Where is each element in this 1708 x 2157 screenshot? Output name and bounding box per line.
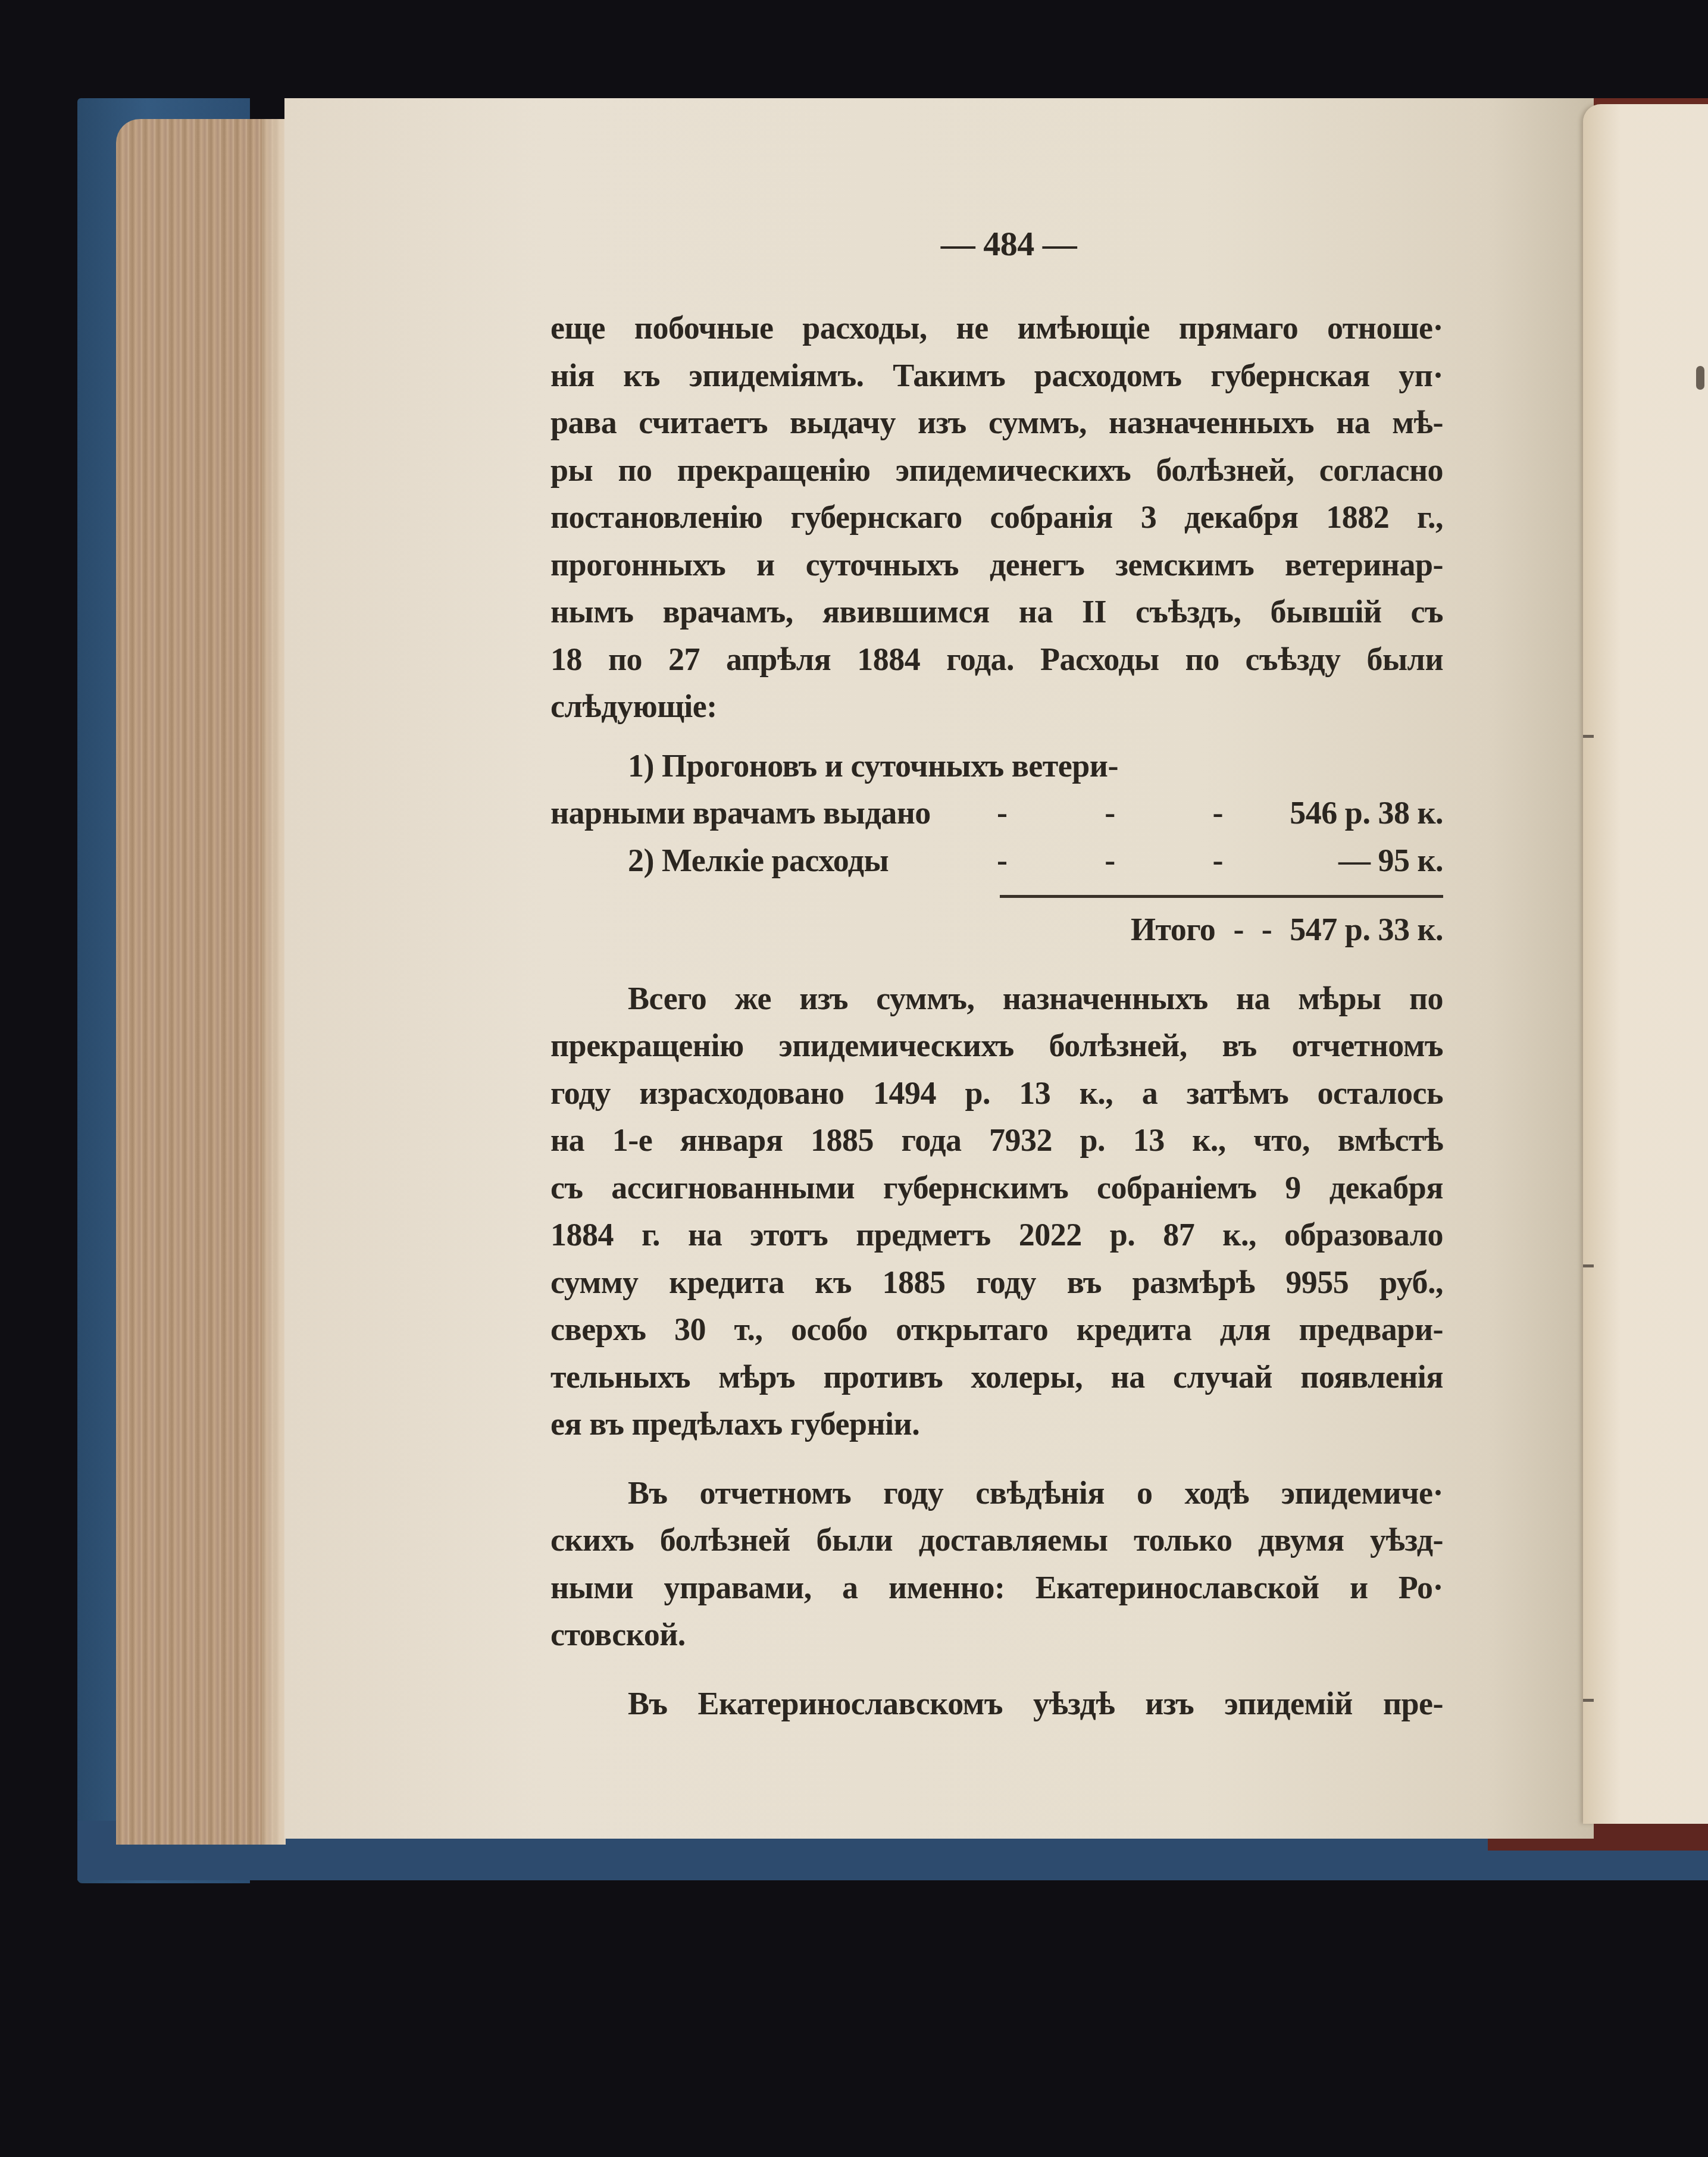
expense-item-2-amount: — 95 к. [1229, 837, 1443, 885]
text-line: году израсходовано 1494 р. 13 к., а затѣ… [550, 1070, 1443, 1117]
expense-row-1-label: 1) Прогоновъ и суточныхъ ветери- [550, 743, 1443, 790]
text-line: прекращенію эпидемическихъ болѣзней, въ … [550, 1022, 1443, 1070]
text-line: Всего же изъ суммъ, назначенныхъ на мѣры… [550, 975, 1443, 1023]
text-line: тельныхъ мѣръ противъ холеры, на случай … [550, 1354, 1443, 1401]
paragraph-1: еще побочные расходы, не имѣющіе прямаго… [550, 305, 1443, 731]
text-line: съ ассигнованными губернскимъ собраніемъ… [550, 1164, 1443, 1212]
leader-dots: - - - [991, 837, 1229, 885]
expense-item-1-label: 1) Прогоновъ и суточныхъ ветери- [550, 743, 1118, 790]
page-text: — 484 — еще побочные расходы, не имѣющіе… [550, 220, 1443, 1727]
text-line: Въ отчетномъ году свѣдѣнія о ходѣ эпидем… [550, 1470, 1443, 1517]
expense-item-2-label: 2) Мелкіе расходы [550, 837, 991, 885]
spacer [550, 954, 1443, 975]
paragraph-4: Въ Екатеринославскомъ уѣздѣ изъ эпидемій… [550, 1680, 1443, 1728]
facing-page [1583, 104, 1708, 1824]
text-line: прогонныхъ и суточныхъ денегъ земскимъ в… [550, 541, 1443, 589]
text-line: нія къ эпидеміямъ. Такимъ расходомъ губе… [550, 352, 1443, 400]
page-number: — 484 — [550, 220, 1443, 274]
expense-table: 1) Прогоновъ и суточныхъ ветери- нарными… [550, 743, 1443, 954]
text-line: ея въ предѣлахъ губерніи. [550, 1401, 1443, 1448]
expense-row-2: 2) Мелкіе расходы - - - — 95 к. [550, 837, 1443, 885]
text-line: 18 по 27 апрѣля 1884 года. Расходы по съ… [550, 636, 1443, 684]
text-line: ры по прекращенію эпидемическихъ болѣзне… [550, 447, 1443, 494]
text-line: скихъ болѣзней были доставляемы только д… [550, 1517, 1443, 1564]
text-line: нымъ врачамъ, явившимся на II съѣздъ, бы… [550, 588, 1443, 636]
text-line: сумму кредита къ 1885 году въ размѣрѣ 99… [550, 1259, 1443, 1307]
spacer [550, 1659, 1443, 1680]
paragraph-2: Всего же изъ суммъ, назначенныхъ на мѣры… [550, 975, 1443, 1448]
text-line: еще побочные расходы, не имѣющіе прямаго… [550, 305, 1443, 352]
text-line: ными управами, а именно: Екатеринославск… [550, 1564, 1443, 1612]
expense-item-1-label-cont: нарными врачамъ выдано [550, 790, 991, 837]
paragraph-3: Въ отчетномъ году свѣдѣнія о ходѣ эпидем… [550, 1470, 1443, 1659]
expense-row-1: нарными врачамъ выдано - - - 546 р. 38 к… [550, 790, 1443, 837]
text-line: Въ Екатеринославскомъ уѣздѣ изъ эпидемій… [550, 1680, 1443, 1728]
text-line: на 1-е января 1885 года 7932 р. 13 к., ч… [550, 1117, 1443, 1164]
page-block-edges [116, 119, 286, 1845]
expense-item-1-amount: 546 р. 38 к. [1229, 790, 1443, 837]
text-line: рава считаетъ выдачу изъ суммъ, назначен… [550, 399, 1443, 447]
leader-dots: - - - [991, 790, 1229, 837]
text-line: стовской. [550, 1611, 1443, 1659]
spacer [550, 1448, 1443, 1470]
text-line: 1884 г. на этотъ предметъ 2022 р. 87 к.,… [550, 1211, 1443, 1259]
text-line: постановленію губернскаго собранія 3 дек… [550, 494, 1443, 541]
text-line: сверхъ 30 т., особо открытаго кредита дл… [550, 1306, 1443, 1354]
total-amount: 547 р. 33 к. [1290, 906, 1443, 954]
leader-dot: - [1262, 906, 1272, 954]
facing-page-text-fragment [1696, 366, 1704, 390]
sum-rule [1000, 895, 1443, 898]
gutter-mark [1583, 735, 1594, 738]
gutter-mark [1583, 1264, 1594, 1267]
gutter-mark [1583, 1699, 1594, 1702]
expense-total-row: Итого - - 547 р. 33 к. [550, 906, 1443, 954]
leader-dot: - [1233, 906, 1243, 954]
text-line: слѣдующіе: [550, 683, 1443, 731]
total-label: Итого [1131, 906, 1216, 954]
